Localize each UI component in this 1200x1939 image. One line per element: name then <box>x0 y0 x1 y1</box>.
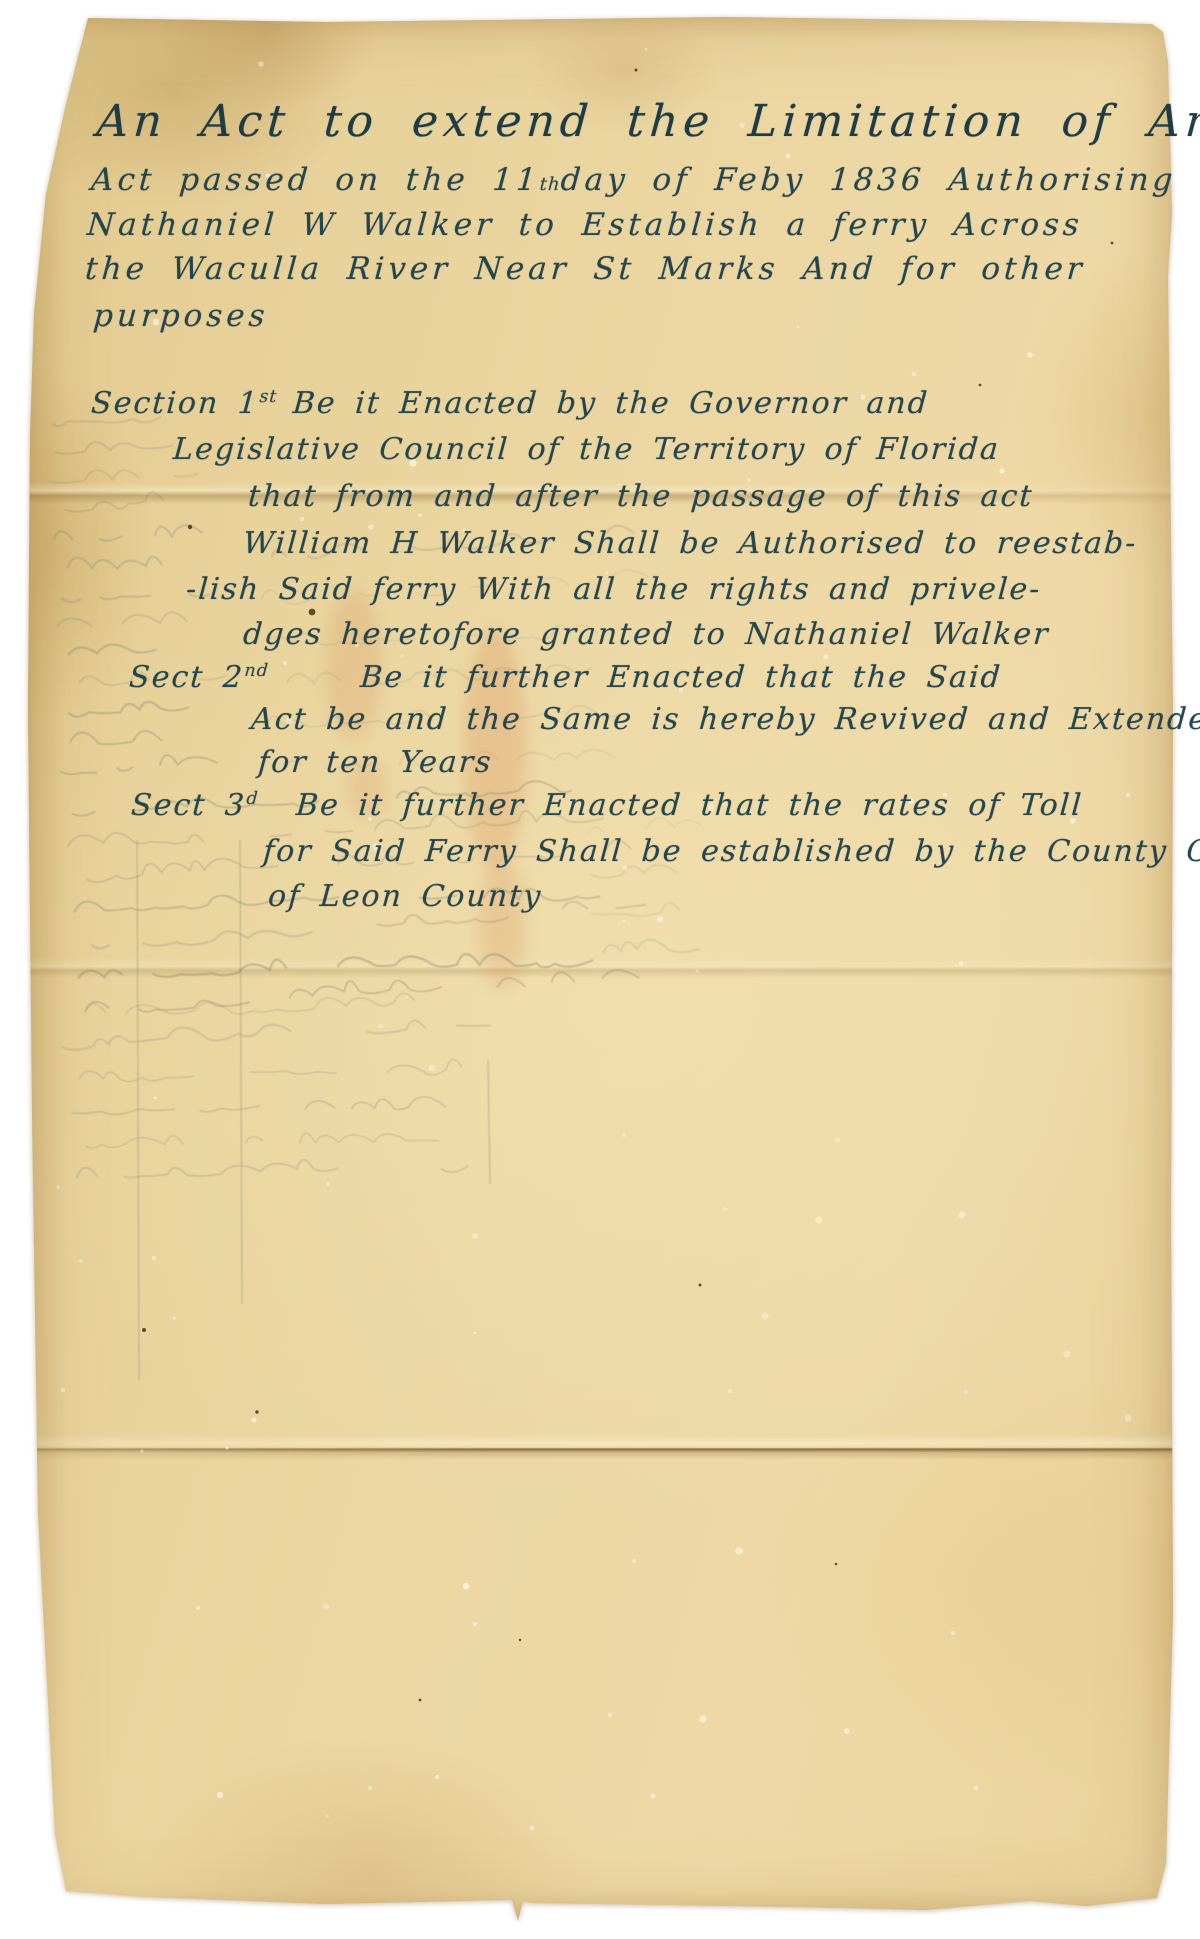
section-2-ordinal-superscript: nd <box>244 661 270 681</box>
section-3-first-line: Be it further Enacted that the rates of … <box>295 788 1084 823</box>
section-2-heading-line: Sect 2nd Be it further Enacted that the … <box>128 660 1003 695</box>
manuscript-title-line: Act passed on the 11th day of Feby 1836 … <box>90 162 1178 198</box>
manuscript-title-line: the Waculla River Near St Marks And for … <box>84 251 1087 287</box>
manuscript-line: Legislative Council of the Territory of … <box>172 432 1001 467</box>
section-2-label: Sect 2nd <box>128 660 270 695</box>
manuscript-line: that from and after the passage of this … <box>247 479 1035 514</box>
manuscript-title-line: Nathaniel W Walker to Establish a ferry … <box>86 207 1084 243</box>
manuscript-text: An Act to extend the Limitation of An Ac… <box>0 0 1200 1939</box>
manuscript-line: of Leon County <box>267 879 543 914</box>
section-3-ordinal-superscript: d <box>246 789 260 809</box>
section-2-first-line: Be it further Enacted that the Said <box>359 660 1003 695</box>
manuscript-title-line: purposes <box>92 298 270 334</box>
manuscript-line: dges heretofore granted to Nathaniel Wal… <box>242 617 1051 652</box>
manuscript-title-line: An Act to extend the Limitation of An <box>95 96 1200 147</box>
manuscript-line: for Said Ferry Shall be established by t… <box>262 834 1200 869</box>
manuscript-line: William H Walker Shall be Authorised to … <box>242 526 1139 561</box>
section-1-label: Section 1st <box>90 386 278 421</box>
section-1-ordinal-superscript: st <box>259 387 278 407</box>
title-line2-pre: Act passed on the 11 <box>90 162 541 198</box>
manuscript-line: -lish Said ferry With all the rights and… <box>185 572 1043 607</box>
manuscript-line: for ten Years <box>257 745 494 780</box>
section-3-label: Sect 3d <box>130 788 259 823</box>
section-3-heading-line: Sect 3d Be it further Enacted that the r… <box>130 788 1084 823</box>
title-line2-post: day of Feby 1836 Authorising <box>560 162 1178 198</box>
section-1-first-line: Be it Enacted by the Governor and <box>292 386 931 421</box>
manuscript-line: Act be and the Same is hereby Revived an… <box>250 702 1200 737</box>
section-1-heading-line: Section 1st Be it Enacted by the Governo… <box>90 386 930 421</box>
title-line2-superscript: th <box>539 174 561 195</box>
